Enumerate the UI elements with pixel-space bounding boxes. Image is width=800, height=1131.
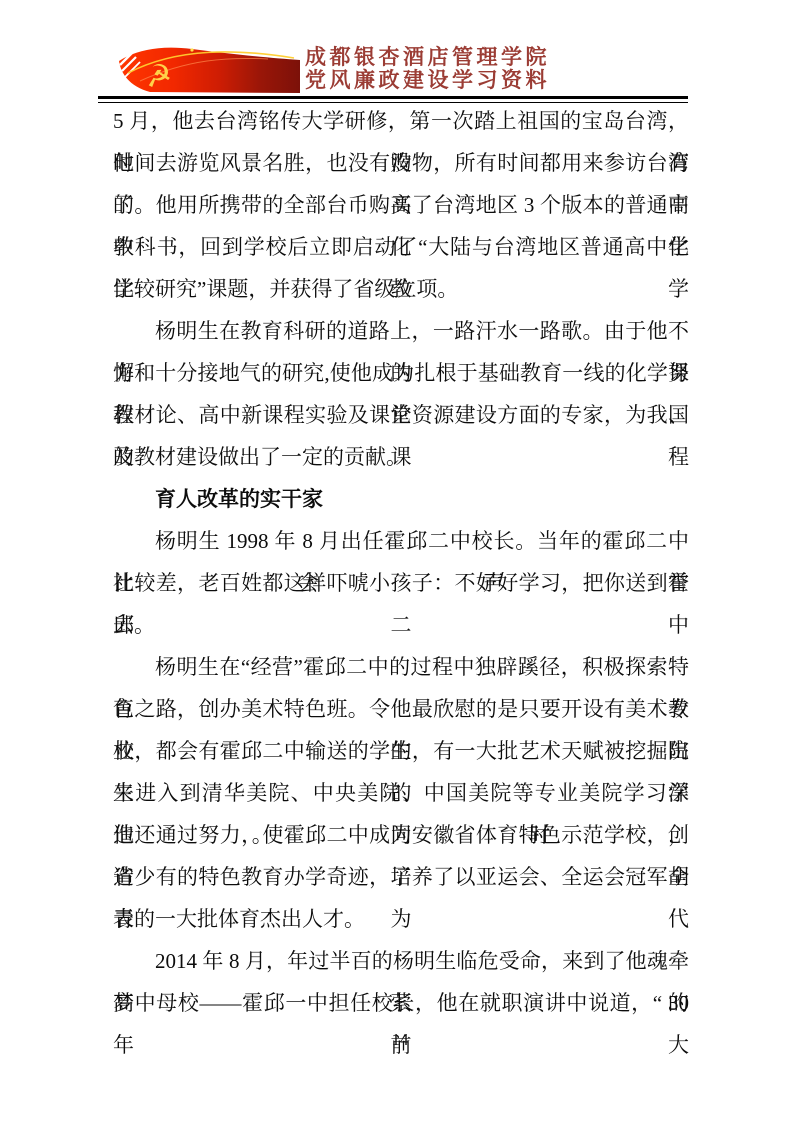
- text-line: 时间去游览风景名胜，也没有购物，所有时间都用来参访台湾的高中: [113, 142, 689, 184]
- text-line: 5 月，他去台湾铭传大学研修，第一次踏上祖国的宝岛台湾，他没有: [113, 100, 689, 142]
- header-title-line2: 党风廉政建设学习资料: [305, 69, 550, 92]
- text-line: 教材论、高中新课程实验及课堂资源建设方面的专家，为我国的课程: [113, 394, 689, 436]
- text-line: 校，都会有霍邱二中输送的学生，有一大批艺术天赋被挖掘出来的学: [113, 730, 689, 772]
- text-line: 教科书，回到学校后立即启动了“大陆与台湾地区普通高中化学教学: [113, 226, 689, 268]
- text-line: 生进入到清华美院、中央美院、中国美院等专业美院学习深造。同时，: [113, 772, 689, 814]
- text-line: 了。他用所携带的全部台币购买了台湾地区 3 个版本的普通高中化学: [113, 184, 689, 226]
- text-line: 比较差，老百姓都这样吓唬小孩子：不好好学习，把你送到霍邱二中: [113, 562, 689, 604]
- hammer-sickle-icon: ☭: [143, 57, 175, 93]
- text-line: 力和十分接地气的研究,使他成为扎根于基础教育一线的化学课程论、: [113, 352, 689, 394]
- page-number: 14: [0, 1030, 800, 1050]
- text-line: 高中母校——霍邱一中担任校长，他在就职演讲中说道，“ 30 年前大: [113, 982, 689, 1024]
- section-heading: 育人改革的实干家: [113, 478, 689, 520]
- text-line: 2014 年 8 月，年过半百的杨明生临危受命，来到了他魂牵梦萦的: [113, 940, 689, 982]
- text-line: 育之路，创办美术特色班。令他最欣慰的是只要开设有美术专业的院: [113, 688, 689, 730]
- header-title-line1: 成都银杏酒店管理学院: [305, 46, 550, 69]
- text-line: 杨明生在教育科研的道路上，一路汗水一路歌。由于他不懈的努: [113, 310, 689, 352]
- party-flag-icon: ☭: [118, 45, 300, 93]
- party-flag-logo: ☭: [118, 45, 300, 93]
- header-title: 成都银杏酒店管理学院 党风廉政建设学习资料: [305, 46, 550, 92]
- text-line: 他还通过努力，使霍邱二中成为安徽省体育特色示范学校，创造了全: [113, 814, 689, 856]
- text-line: 省少有的特色教育办学奇迹，培养了以亚运会、全运会冠军胡青为代: [113, 856, 689, 898]
- text-line: 杨明生 1998 年 8 月出任霍邱二中校长。当年的霍邱二中社会声誉: [113, 520, 689, 562]
- text-line: 杨明生在“经营”霍邱二中的过程中独辟蹊径，积极探索特色教: [113, 646, 689, 688]
- body-lines: 5 月，他去台湾铭传大学研修，第一次踏上祖国的宝岛台湾，他没有时间去游览风景名胜…: [113, 100, 689, 1024]
- document-page: ☭ 成都银杏酒店管理学院 党风廉政建设学习资料 5 月，他去台湾铭传大学研修，第…: [0, 0, 800, 1131]
